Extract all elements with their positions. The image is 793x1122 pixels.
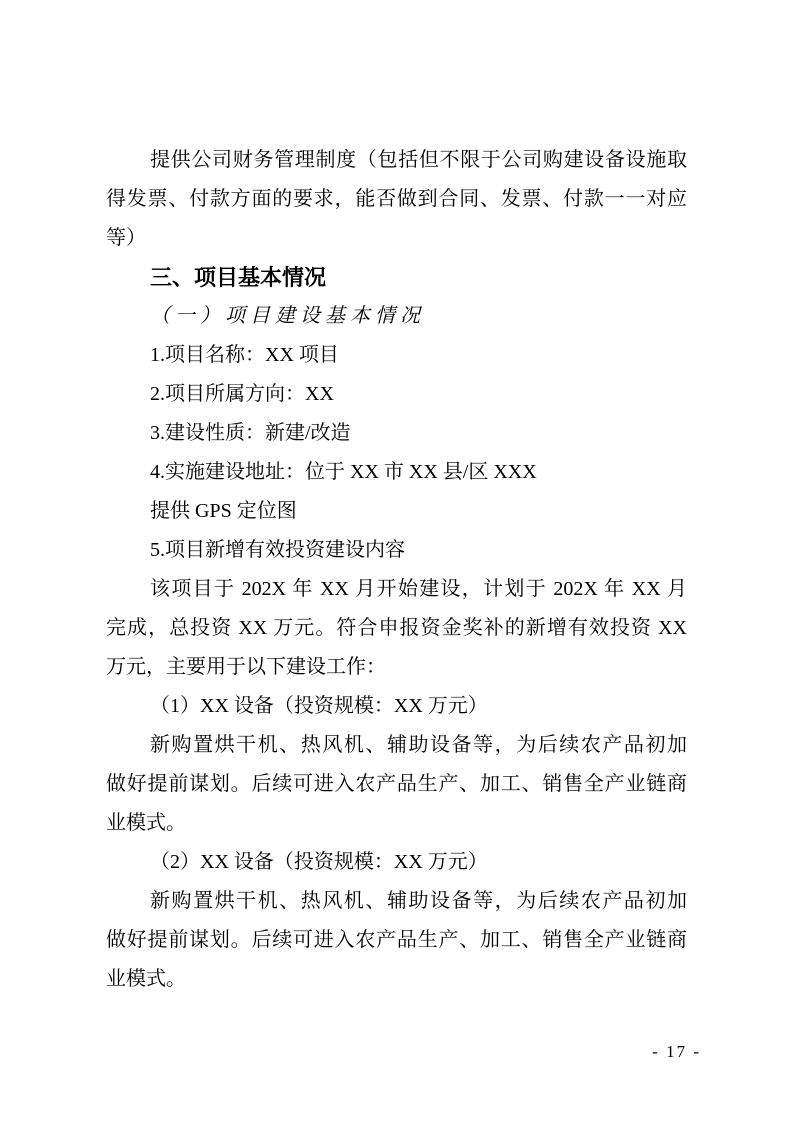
subsection-heading: （一）项目建设基本情况 — [106, 297, 687, 336]
document-page: 提供公司财务管理制度（包括但不限于公司购建设备设施取 得发票、付款方面的要求，能… — [0, 0, 793, 1122]
equipment-2-paragraph-line: 业模式。 — [106, 960, 687, 999]
equipment-1-paragraph-line: 做好提前谋划。后续可进入农产品生产、加工、销售全产业链商 — [106, 765, 687, 804]
investment-paragraph-line: 完成，总投资 XX 万元。符合申报资金奖补的新增有效投资 XX — [106, 609, 687, 648]
item-project-direction: 2.项目所属方向：XX — [106, 375, 687, 414]
document-body: 提供公司财务管理制度（包括但不限于公司购建设备设施取 得发票、付款方面的要求，能… — [106, 141, 687, 999]
equipment-2-heading: （2）XX 设备（投资规模：XX 万元） — [106, 843, 687, 882]
equipment-1-paragraph-line: 新购置烘干机、热风机、辅助设备等，为后续农产品初加工， — [106, 726, 687, 765]
item-construction-address: 4.实施建设地址：位于 XX 市 XX 县/区 XXX — [106, 453, 687, 492]
equipment-1-paragraph-line: 业模式。 — [106, 804, 687, 843]
item-project-name: 1.项目名称：XX 项目 — [106, 336, 687, 375]
intro-paragraph-line: 等） — [106, 219, 687, 258]
investment-paragraph-line: 万元，主要用于以下建设工作： — [106, 648, 687, 687]
intro-paragraph-line: 得发票、付款方面的要求，能否做到合同、发票、付款一一对应 — [106, 180, 687, 219]
section-heading: 三、项目基本情况 — [106, 258, 687, 297]
page-number: - 17 - — [652, 1040, 701, 1064]
item-gps-note: 提供 GPS 定位图 — [106, 492, 687, 531]
intro-paragraph-line: 提供公司财务管理制度（包括但不限于公司购建设备设施取 — [106, 141, 687, 180]
investment-paragraph-line: 该项目于 202X 年 XX 月开始建设，计划于 202X 年 XX 月 — [106, 570, 687, 609]
item-investment-content: 5.项目新增有效投资建设内容 — [106, 531, 687, 570]
equipment-2-paragraph-line: 做好提前谋划。后续可进入农产品生产、加工、销售全产业链商 — [106, 921, 687, 960]
equipment-2-paragraph-line: 新购置烘干机、热风机、辅助设备等，为后续农产品初加工， — [106, 882, 687, 921]
equipment-1-heading: （1）XX 设备（投资规模：XX 万元） — [106, 687, 687, 726]
item-construction-nature: 3.建设性质：新建/改造 — [106, 414, 687, 453]
